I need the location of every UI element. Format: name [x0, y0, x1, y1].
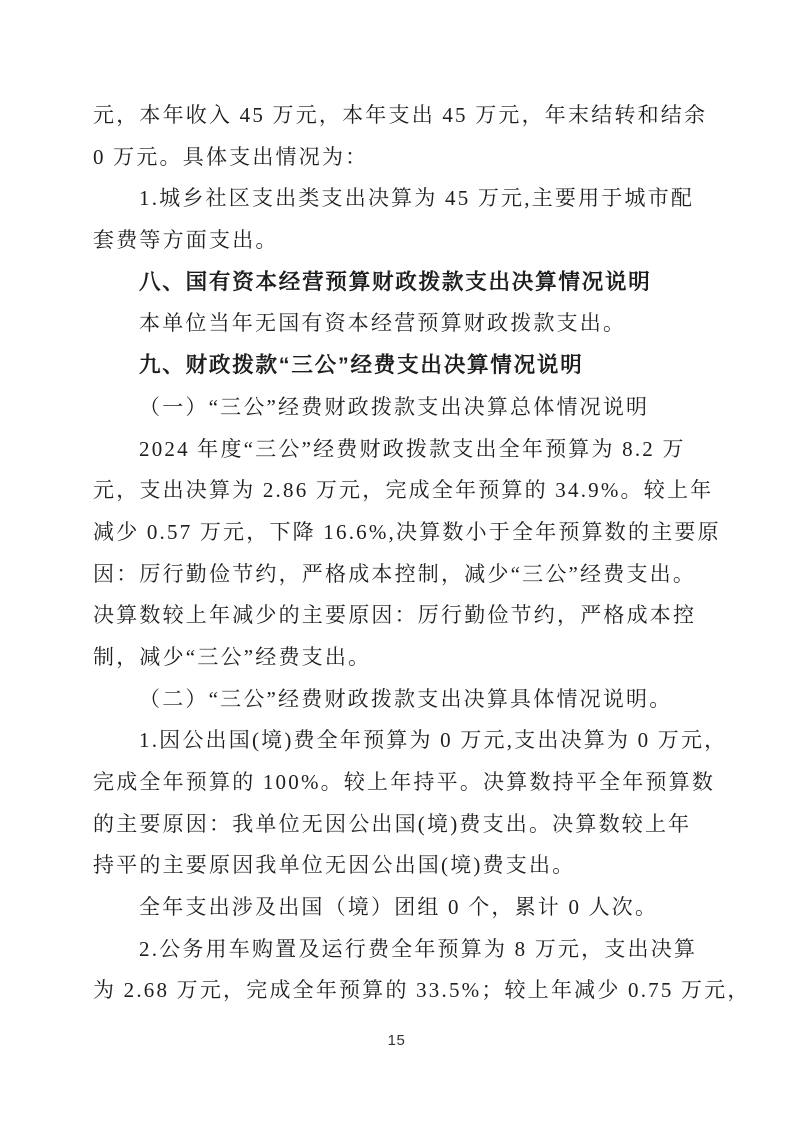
body-line: 2.公务用车购置及运行费全年预算为 8 万元，支出决算 — [93, 929, 733, 971]
body-line: 减少 0.57 万元，下降 16.6%,决算数小于全年预算数的主要原 — [93, 512, 733, 554]
body-line: 0 万元。具体支出情况为： — [93, 137, 733, 179]
body-line: 的主要原因：我单位无因公出国(境)费支出。决算数较上年 — [93, 804, 733, 846]
section-heading-nine: 九、财政拨款“三公”经费支出决算情况说明 — [93, 345, 733, 387]
subsection-heading-two: （二）“三公”经费财政拨款支出决算具体情况说明。 — [93, 679, 733, 721]
body-line: 1.城乡社区支出类支出决算为 45 万元,主要用于城市配 — [93, 178, 733, 220]
body-line: 因：厉行勤俭节约，严格成本控制，减少“三公”经费支出。 — [93, 554, 733, 596]
body-line: 为 2.68 万元，完成全年预算的 33.5%；较上年减少 0.75 万元， — [93, 970, 733, 1012]
document-page: 元，本年收入 45 万元，本年支出 45 万元，年末结转和结余 0 万元。具体支… — [0, 0, 793, 1122]
body-line: 全年支出涉及出国（境）团组 0 个，累计 0 人次。 — [93, 887, 733, 929]
section-heading-eight: 八、国有资本经营预算财政拨款支出决算情况说明 — [93, 262, 733, 304]
page-number: 15 — [0, 1030, 793, 1052]
body-line: 持平的主要原因我单位无因公出国(境)费支出。 — [93, 845, 733, 887]
body-line: 制，减少“三公”经费支出。 — [93, 637, 733, 679]
body-line: 套费等方面支出。 — [93, 220, 733, 262]
body-line: 2024 年度“三公”经费财政拨款支出全年预算为 8.2 万 — [93, 429, 733, 471]
body-line: 元，支出决算为 2.86 万元，完成全年预算的 34.9%。较上年 — [93, 470, 733, 512]
body-line: 元，本年收入 45 万元，本年支出 45 万元，年末结转和结余 — [93, 95, 733, 137]
body-line: 1.因公出国(境)费全年预算为 0 万元,支出决算为 0 万元， — [93, 720, 733, 762]
subsection-heading-one: （一）“三公”经费财政拨款支出决算总体情况说明 — [93, 387, 733, 429]
body-line: 决算数较上年减少的主要原因：厉行勤俭节约，严格成本控 — [93, 595, 733, 637]
body-line: 本单位当年无国有资本经营预算财政拨款支出。 — [93, 303, 733, 345]
body-line: 完成全年预算的 100%。较上年持平。决算数持平全年预算数 — [93, 762, 733, 804]
document-body: 元，本年收入 45 万元，本年支出 45 万元，年末结转和结余 0 万元。具体支… — [93, 95, 733, 1012]
